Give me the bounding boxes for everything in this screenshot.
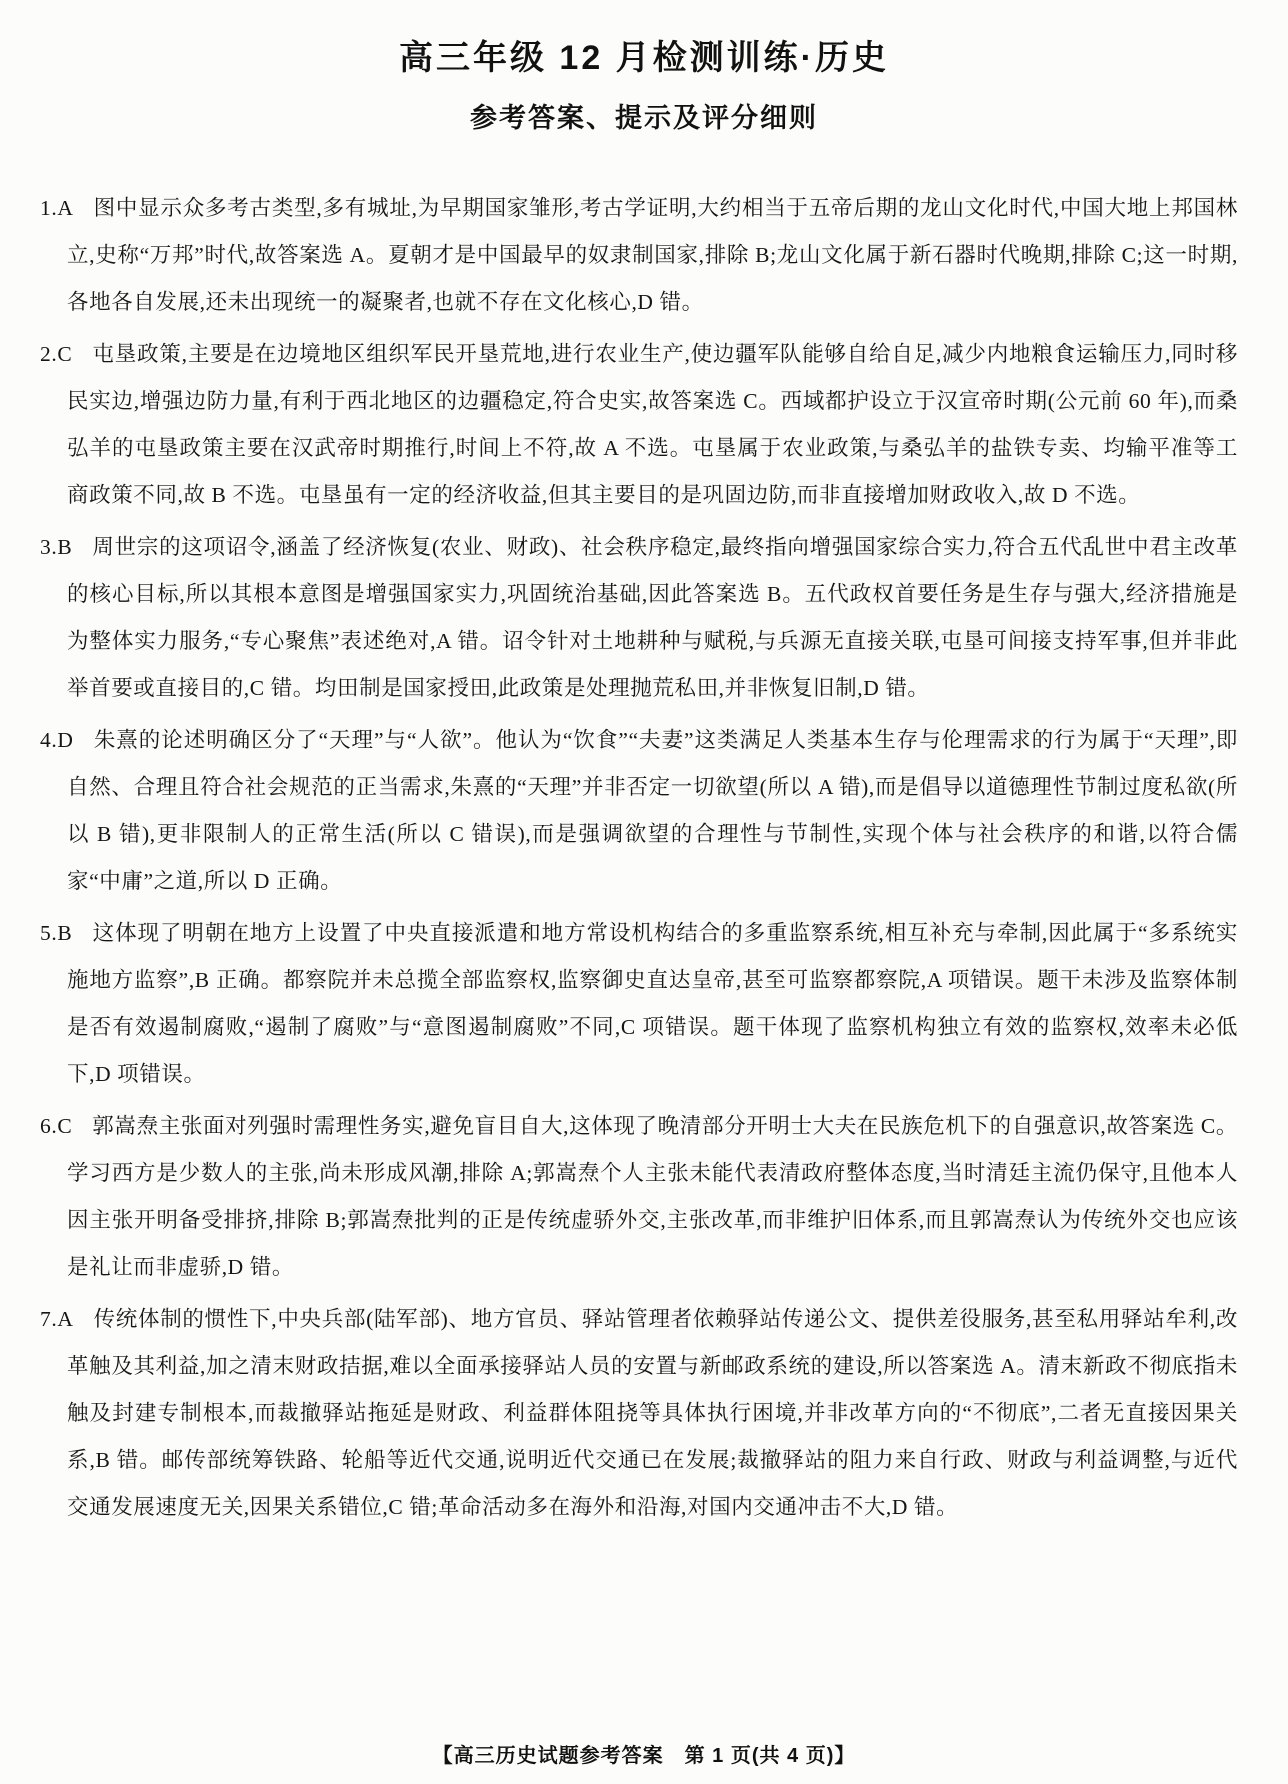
answer-item-6: 6.C郭嵩焘主张面对列强时需理性务实,避免盲目自大,这体现了晚清部分开明士大夫在… <box>40 1103 1238 1291</box>
answer-item-4: 4.D朱熹的论述明确区分了“天理”与“人欲”。他认为“饮食”“夫妻”这类满足人类… <box>40 717 1238 905</box>
answer-item-1: 1.A图中显示众多考古类型,多有城址,为早期国家雏形,考古学证明,大约相当于五帝… <box>40 185 1238 326</box>
answer-text-2: 屯垦政策,主要是在边境地区组织军民开垦荒地,进行农业生产,使边疆军队能够自给自足… <box>67 342 1238 507</box>
answer-label-4: 4.D <box>40 728 73 752</box>
answer-text-1: 图中显示众多考古类型,多有城址,为早期国家雏形,考古学证明,大约相当于五帝后期的… <box>67 196 1238 314</box>
answers-section: 1.A图中显示众多考古类型,多有城址,为早期国家雏形,考古学证明,大约相当于五帝… <box>0 185 1288 1531</box>
answer-label-7: 7.A <box>40 1307 73 1331</box>
page-footer: 【高三历史试题参考答案 第 1 页(共 4 页)】 <box>0 1739 1288 1768</box>
answer-text-3: 周世宗的这项诏令,涵盖了经济恢复(农业、财政)、社会秩序稳定,最终指向增强国家综… <box>67 535 1238 700</box>
answer-text-5: 这体现了明朝在地方上设置了中央直接派遣和地方常设机构结合的多重监察系统,相互补充… <box>67 921 1238 1086</box>
answer-item-7: 7.A传统体制的惯性下,中央兵部(陆军部)、地方官员、驿站管理者依赖驿站传递公文… <box>40 1296 1238 1531</box>
answer-text-4: 朱熹的论述明确区分了“天理”与“人欲”。他认为“饮食”“夫妻”这类满足人类基本生… <box>67 728 1238 893</box>
answer-label-5: 5.B <box>40 921 72 945</box>
answer-label-3: 3.B <box>40 535 72 559</box>
answer-text-7: 传统体制的惯性下,中央兵部(陆军部)、地方官员、驿站管理者依赖驿站传递公文、提供… <box>67 1307 1238 1519</box>
page-subtitle: 参考答案、提示及评分细则 <box>0 96 1288 135</box>
answer-text-6: 郭嵩焘主张面对列强时需理性务实,避免盲目自大,这体现了晚清部分开明士大夫在民族危… <box>67 1114 1238 1279</box>
answer-item-5: 5.B这体现了明朝在地方上设置了中央直接派遣和地方常设机构结合的多重监察系统,相… <box>40 910 1238 1098</box>
answer-label-1: 1.A <box>40 196 73 220</box>
answer-item-2: 2.C屯垦政策,主要是在边境地区组织军民开垦荒地,进行农业生产,使边疆军队能够自… <box>40 331 1238 519</box>
answer-item-3: 3.B周世宗的这项诏令,涵盖了经济恢复(农业、财政)、社会秩序稳定,最终指向增强… <box>40 524 1238 712</box>
page-title: 高三年级 12 月检测训练·历史 <box>0 30 1288 79</box>
document-page: 高三年级 12 月检测训练·历史 参考答案、提示及评分细则 1.A图中显示众多考… <box>0 0 1288 1784</box>
answer-label-2: 2.C <box>40 342 72 366</box>
answer-label-6: 6.C <box>40 1114 72 1138</box>
